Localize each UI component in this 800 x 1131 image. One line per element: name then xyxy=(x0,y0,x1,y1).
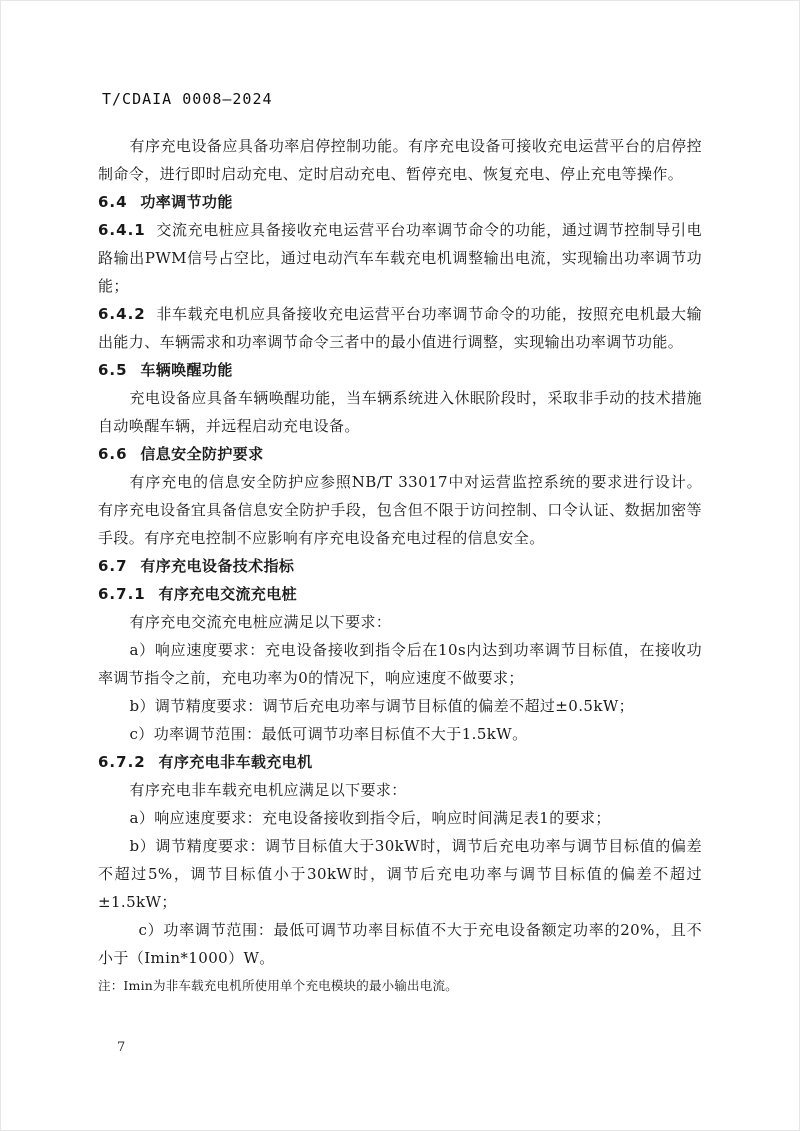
paragraph-ac-pile-intro: 有序充电交流充电桩应满足以下要求： xyxy=(98,608,702,636)
list-item-c-power-range-2: c）功率调节范围：最低可调节功率目标值不大于充电设备额定功率的20%，且不小于（… xyxy=(98,916,702,972)
paragraph-power-startstop: 有序充电设备应具备功率启停控制功能。有序充电设备可接收充电运营平台的启停控制命令… xyxy=(98,132,702,188)
section-number: 6.7.1 xyxy=(98,585,146,603)
section-heading-6-4: 6.4功率调节功能 xyxy=(98,188,702,216)
section-title: 有序充电非车载充电机 xyxy=(158,753,312,771)
list-item-c-power-range: c）功率调节范围：最低可调节功率目标值不大于1.5kW。 xyxy=(98,720,702,748)
section-title: 功率调节功能 xyxy=(140,193,232,211)
section-title: 信息安全防护要求 xyxy=(140,445,263,463)
standard-number-header: T/CDAIA 0008—2024 xyxy=(102,90,702,108)
paragraph-info-security: 有序充电的信息安全防护应参照NB/T 33017中对运营监控系统的要求进行设计。… xyxy=(98,468,702,552)
clause-6-4-1: 6.4.1交流充电桩应具备接收充电运营平台功率调节命令的功能，通过调节控制导引电… xyxy=(98,216,702,300)
page-number: 7 xyxy=(117,1040,125,1055)
clause-number: 6.4.2 xyxy=(98,305,146,323)
section-number: 6.7 xyxy=(98,557,128,575)
section-title: 有序充电设备技术指标 xyxy=(140,557,294,575)
section-heading-6-7: 6.7有序充电设备技术指标 xyxy=(98,552,702,580)
clause-text: 非车载充电机应具备接收充电运营平台功率调节命令的功能，按照充电机最大输出能力、车… xyxy=(98,305,702,351)
section-number: 6.5 xyxy=(98,361,128,379)
clause-number: 6.4.1 xyxy=(98,221,146,239)
footnote-imin: 注：Imin为非车载充电机所使用单个充电模块的最小输出电流。 xyxy=(98,972,702,1000)
paragraph-offboard-charger-intro: 有序充电非车载充电机应满足以下要求： xyxy=(98,776,702,804)
section-heading-6-5: 6.5车辆唤醒功能 xyxy=(98,356,702,384)
section-heading-6-7-1: 6.7.1有序充电交流充电桩 xyxy=(98,580,702,608)
section-heading-6-6: 6.6信息安全防护要求 xyxy=(98,440,702,468)
list-item-b-accuracy-2: b）调节精度要求：调节目标值大于30kW时，调节后充电功率与调节目标值的偏差不超… xyxy=(98,832,702,916)
section-number: 6.4 xyxy=(98,193,128,211)
list-item-a-response-speed-2: a）响应速度要求：充电设备接收到指令后，响应时间满足表1的要求； xyxy=(98,804,702,832)
section-title: 车辆唤醒功能 xyxy=(140,361,232,379)
section-number: 6.6 xyxy=(98,445,128,463)
clause-6-4-2: 6.4.2非车载充电机应具备接收充电运营平台功率调节命令的功能，按照充电机最大输… xyxy=(98,300,702,356)
section-title: 有序充电交流充电桩 xyxy=(158,585,297,603)
paragraph-vehicle-wakeup: 充电设备应具备车辆唤醒功能，当车辆系统进入休眠阶段时，采取非手动的技术措施自动唤… xyxy=(98,384,702,440)
section-number: 6.7.2 xyxy=(98,753,146,771)
section-heading-6-7-2: 6.7.2有序充电非车载充电机 xyxy=(98,748,702,776)
document-content: T/CDAIA 0008—2024 有序充电设备应具备功率启停控制功能。有序充电… xyxy=(98,90,702,1000)
list-item-b-accuracy: b）调节精度要求：调节后充电功率与调节目标值的偏差不超过±0.5kW； xyxy=(98,692,702,720)
list-item-a-response-speed: a）响应速度要求：充电设备接收到指令后在10s内达到功率调节目标值，在接收功率调… xyxy=(98,636,702,692)
document-page: T/CDAIA 0008—2024 有序充电设备应具备功率启停控制功能。有序充电… xyxy=(0,0,800,1131)
clause-text: 交流充电桩应具备接收充电运营平台功率调节命令的功能，通过调节控制导引电路输出PW… xyxy=(98,221,702,295)
